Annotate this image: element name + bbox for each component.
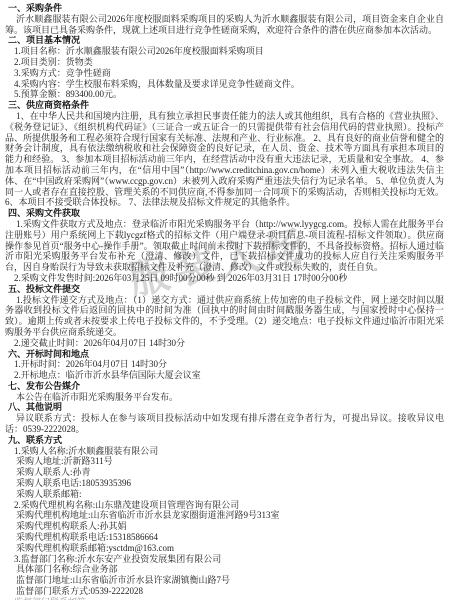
list-item-opening-place: 2.开标地点：临沂市沂水县华信国际大厦会议室: [5, 370, 444, 381]
paragraph-other-notes: 异议联系方式：投标人在参与该项目投标活动中如发现有排斥潜在竞争者行为，可提出异议…: [5, 413, 444, 435]
list-item-opening-time: 1.开标时间：2026年04月07日 14时30分: [5, 359, 444, 370]
contact-line-supervisor-phone: 监督部门联系方式:0539-2222028: [5, 586, 444, 597]
list-item-budget-amount: 5.预算金额：893400.00元。: [5, 89, 444, 100]
contact-line-agency-name: 2.采购代理机构名称:山东鼎茂建设项目管理咨询有限公司: [5, 500, 444, 511]
list-item-project-type: 2.项目类别：货物类: [5, 57, 444, 68]
section-heading-9: 九、联系方式: [5, 435, 444, 446]
section-heading-6: 六、开标时间和地点: [5, 349, 444, 360]
document-page: 一、采购条件 沂水顺鑫服装有限公司2026年度校服面料采购项目的采购人为沂水顺鑫…: [0, 0, 450, 600]
list-item-project-name: 1.项目名称：沂水顺鑫服装有限公司2026年度校服面料采购项目: [5, 46, 444, 57]
section-heading-2: 二、项目基本情况: [5, 35, 444, 46]
contact-line-supervisor-name: 3.监督部门名称:沂水东安产业投资发展集团有限公司: [5, 554, 444, 565]
contact-line-purchaser-person: 采购人联系人:孙青: [5, 467, 444, 478]
procurement-announcement-document: { "doc": { "watermark": "服装入场", "colors"…: [0, 0, 450, 600]
paragraph: 沂水顺鑫服装有限公司2026年度校服面料采购项目的采购人为沂水顺鑫服装有限公司，…: [5, 14, 444, 36]
contact-line-agency-address: 采购代理机构地址:山东省临沂市沂水县龙家圈街道淮河路9号313室: [5, 510, 444, 521]
paragraph-announce-media: 本公告在临沂市阳光采购服务平台发布。: [5, 392, 444, 403]
section-heading-3: 三、供应商资格条件: [5, 100, 444, 111]
contact-line-purchaser-address: 采购人地址:沂新路311号: [5, 456, 444, 467]
contact-line-purchaser-name: 1.采购人名称:沂水顺鑫服装有限公司: [5, 446, 444, 457]
paragraph-document-access: 1.采购文件获取方式及地点：登录临沂市阳光采购服务平台（http://www.l…: [5, 219, 444, 273]
contact-line-purchaser-phone: 采购人联系电话:18053935396: [5, 478, 444, 489]
list-item-procure-content: 4.采购内容：学生校服布料采购，具体数量及要求详见竞争性磋商文件。: [5, 79, 444, 90]
section-heading-4: 四、采购文件获取: [5, 208, 444, 219]
contact-line-agency-person: 采购代理机构联系人:孙其娟: [5, 521, 444, 532]
section-heading-5: 五、投标文件提交: [5, 284, 444, 295]
contact-line-supervisor-address: 监督部门地址:山东省临沂市沂水县许家湖镇衡山路7号: [5, 575, 444, 586]
paragraph-qualifications: 1、在中华人民共和国境内注册，具有独立承担民事责任能力的法人或其他组织，具有合格…: [5, 111, 444, 208]
contact-line-agency-phone: 采购代理机构联系电话:15318586664: [5, 532, 444, 543]
contact-line-supervisor-dept: 具体部门名称:综合业务部: [5, 564, 444, 575]
list-item-sale-time: 2.采购文件发售时间:2026年03月25日 09时00分00秒 到 2026年…: [5, 273, 444, 284]
section-heading-7: 七、发布公告媒介: [5, 381, 444, 392]
list-item-procure-method: 3.采购方式：竞争性磋商: [5, 68, 444, 79]
contact-line-agency-email: 采购代理机构联系邮箱:ysctdm@163.com: [5, 543, 444, 554]
list-item-submit-deadline: 2.递交截止时间：2026年04月07日 14时30分: [5, 338, 444, 349]
paragraph-bid-submission: 1.投标文件递交方式及地点：（1）递交方式：通过供应商系统上传加密的电子投标文件…: [5, 295, 444, 338]
section-heading-1: 一、采购条件: [5, 3, 444, 14]
contact-line-purchaser-email: 采购人联系邮箱:: [5, 489, 444, 500]
section-heading-8: 八、其他说明: [5, 402, 444, 413]
